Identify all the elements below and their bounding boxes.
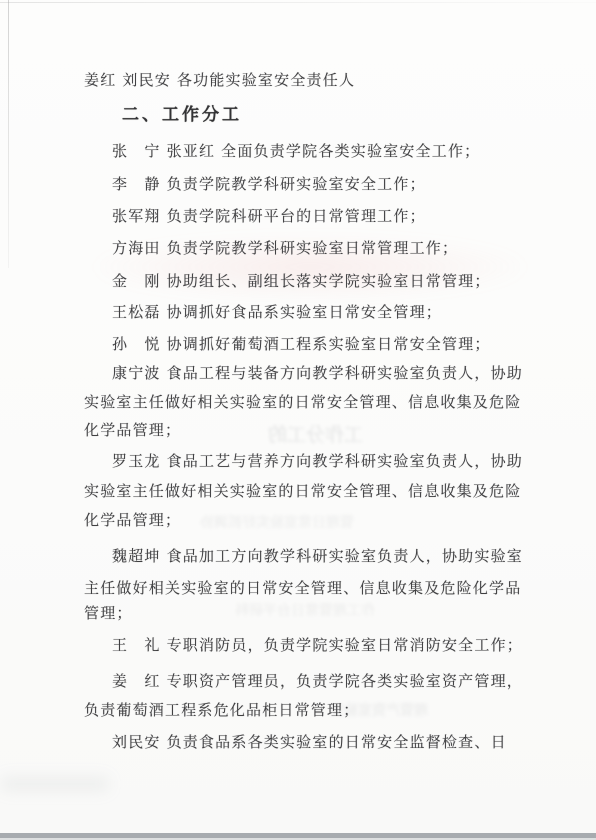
section-heading: 二、工作分工 bbox=[122, 104, 242, 126]
continuation-line: 主任做好相关实验室的日常安全管理、信息收集及危险化学品 bbox=[84, 577, 521, 599]
page-edge-left bbox=[8, 0, 9, 268]
continuation-line: 实验室主任做好相关实验室的日常安全管理、信息收集及危险 bbox=[84, 480, 521, 502]
entry-line: 方海田 负责学院教学科研实验室日常管理工作； bbox=[112, 237, 458, 259]
entry-line: 罗玉龙 食品工艺与营养方向教学科研实验室负责人，协助 bbox=[112, 450, 523, 472]
entry-line: 刘民安 负责食品系各类实验室的日常安全监督检查、日 bbox=[112, 731, 507, 753]
entry-line: 张 宁 张亚红 全面负责学院各类实验室安全工作； bbox=[112, 140, 480, 162]
entry-line: 王 礼 专职消防员，负责学院实验室日常消防安全工作； bbox=[112, 634, 523, 656]
entry-line: 孙 悦 协调抓好葡萄酒工程系实验室日常安全管理； bbox=[112, 333, 491, 355]
continuation-line: 管理； bbox=[84, 602, 133, 624]
entry-line: 姜 红 专职资产管理员，负责学院各类实验室资产管理， bbox=[112, 670, 523, 692]
entry-line: 金 刚 协助组长、副组长落实学院实验室日常管理； bbox=[112, 270, 491, 292]
entry-line: 张军翔 负责学院科研平台的日常管理工作； bbox=[112, 205, 426, 227]
scanned-document-page: 姜红 刘民安 各功能实验室安全责任人二、工作分工张 宁 张亚红 全面负责学院各类… bbox=[0, 0, 596, 840]
continuation-line: 负责葡萄酒工程系危化品柜日常管理； bbox=[84, 699, 359, 721]
intro-line: 姜红 刘民安 各功能实验室安全责任人 bbox=[84, 69, 355, 91]
continuation-line: 实验室主任做好相关实验室的日常安全管理、信息收集及危险 bbox=[84, 391, 521, 413]
entry-line: 李 静 负责学院教学科研实验室安全工作； bbox=[112, 173, 426, 195]
continuation-line: 化学品管理； bbox=[84, 509, 181, 531]
page-edge-top bbox=[0, 2, 596, 3]
entry-line: 王松磊 协调抓好食品系实验室日常安全管理； bbox=[112, 301, 442, 323]
entry-line: 康宁波 食品工程与装备方向教学科研实验室负责人，协助 bbox=[112, 362, 523, 384]
entry-line: 魏超坤 食品加工方向教学科研实验室负责人，协助实验室 bbox=[112, 545, 523, 567]
continuation-line: 化学品管理； bbox=[84, 419, 181, 441]
